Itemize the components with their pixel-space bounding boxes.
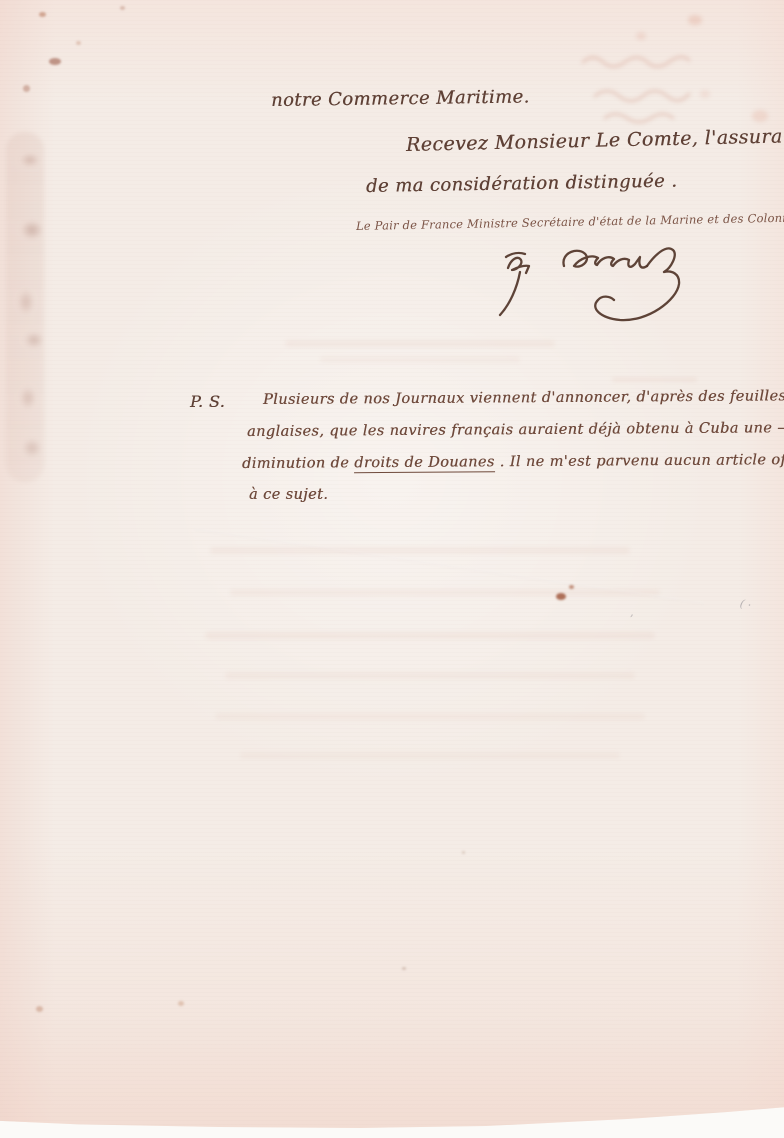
foxing-stain [120, 6, 125, 10]
bleedthrough-ghost-text [575, 48, 710, 133]
bleedthrough-line [285, 340, 555, 347]
edge-mottling [6, 132, 44, 482]
foxing-stain [700, 90, 710, 98]
bleedthrough-line [205, 632, 655, 639]
valediction-line-1: Recevez Monsieur Le Comte, l'assurance [406, 125, 784, 156]
foxing-stain [49, 58, 61, 65]
foxing-stain [462, 851, 465, 854]
scanned-letter: notre Commerce Maritime. Recevez Monsieu… [0, 0, 784, 1138]
stray-ink-mark: ‚ [630, 606, 634, 619]
bleedthrough-line [210, 547, 630, 554]
paper-sheet: notre Commerce Maritime. Recevez Monsieu… [0, 0, 784, 1138]
signatory-title-line: Le Pair de France Ministre Secrétaire d'… [356, 210, 784, 233]
foxing-stain [556, 593, 566, 600]
signature-initials [508, 258, 529, 273]
foxing-stain [76, 41, 81, 45]
stray-ink-mark: ( · [739, 597, 753, 612]
foxing-stain [688, 15, 702, 25]
foxing-stain [402, 967, 406, 970]
foxing-stain [39, 12, 46, 17]
foxing-stain [752, 110, 768, 122]
foxing-stain [636, 32, 646, 40]
signature-name-strokes [563, 251, 647, 268]
bleedthrough-line [612, 378, 697, 381]
foxing-stain [36, 1006, 43, 1012]
customs-duties-underlined: droits de Douanes [354, 454, 495, 473]
bleedthrough-line [320, 356, 520, 363]
postscript-line-3: diminution de droits de Douanes . Il ne … [242, 452, 784, 472]
postscript-line-2: anglaises, que les navires français aura… [247, 420, 784, 440]
foxing-stain [23, 85, 30, 92]
closing-line: notre Commerce Maritime. [271, 86, 530, 111]
postscript-label: P. S. [190, 392, 225, 411]
foxing-stain [569, 585, 574, 589]
bleedthrough-line [230, 589, 660, 596]
bleedthrough-line [225, 672, 635, 679]
postscript-line-3-after: . Il ne m'est parvenu aucun article offi… [495, 452, 784, 470]
postscript-line-1: Plusieurs de nos Journaux viennent d'ann… [263, 388, 784, 408]
signature-flourish [468, 242, 703, 342]
scan-background [0, 1128, 784, 1138]
bleedthrough-line [240, 752, 620, 759]
valediction-line-2: de ma considération distinguée . [366, 171, 678, 197]
bleedthrough-line [215, 713, 645, 720]
foxing-stain [178, 1001, 184, 1006]
postscript-line-4: à ce sujet. [249, 487, 328, 503]
postscript-line-3-before: diminution de [242, 455, 354, 472]
